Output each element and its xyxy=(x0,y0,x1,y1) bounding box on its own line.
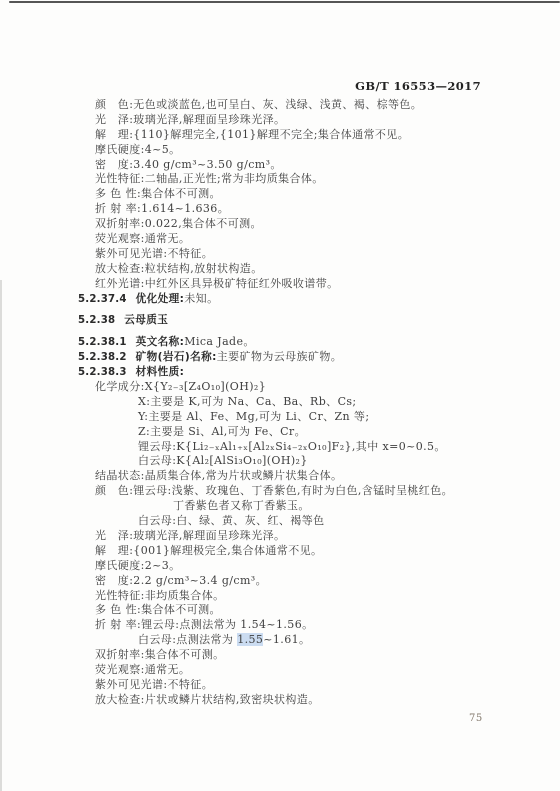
doc-line: 多 色 性:集合体不可测。 xyxy=(78,187,548,202)
clause-title-text: 优化处理: xyxy=(136,293,185,305)
doc-line: 折 射 率:1.614~1.636。 xyxy=(78,202,548,217)
doc-line: 解 理:{110}解理完全,{101}解理不完全;集合体通常不见。 xyxy=(78,128,548,143)
doc-text: ~1.61。 xyxy=(263,633,310,646)
doc-line: 白云母:白、绿、黄、灰、红、褐等色 xyxy=(78,514,548,529)
doc-line: Z:主要是 Si、Al,可为 Fe、Cr。 xyxy=(78,425,548,440)
doc-line: 双折射率:0.022,集合体不可测。 xyxy=(78,217,548,232)
doc-line: Y:主要是 Al、Fe、Mg,可为 Li、Cr、Zn 等; xyxy=(78,410,548,425)
standard-number-header: GB/T 16553—2017 xyxy=(355,79,481,93)
doc-line: 解 理:{001}解理极完全,集合体通常不见。 xyxy=(78,544,548,559)
clause-number: 5.2.38.1 xyxy=(78,337,127,348)
doc-text: 主要矿物为云母族矿物。 xyxy=(217,350,342,363)
clause-line: 5.2.38云母质玉 xyxy=(78,313,548,328)
doc-line: 多 色 性:集合体不可测。 xyxy=(78,603,548,618)
clause-title-text: 英文名称: xyxy=(136,336,185,348)
clause-line: 5.2.38.1英文名称:Mica Jade。 xyxy=(78,335,548,350)
doc-line: 密 度:3.40 g/cm³~3.50 g/cm³。 xyxy=(78,158,548,173)
doc-line: 摩氏硬度:2~3。 xyxy=(78,559,548,574)
doc-line: 折 射 率:锂云母:点测法常为 1.54~1.56。 xyxy=(78,618,548,633)
clause-number: 5.2.38 xyxy=(78,315,115,326)
doc-line: 荧光观察:通常无。 xyxy=(78,663,548,678)
clause-title-text: 矿物(岩石)名称: xyxy=(136,351,217,363)
doc-line: 放大检查:粒状结构,放射状构造。 xyxy=(78,262,548,277)
clause-line: 5.2.38.3材料性质: xyxy=(78,365,548,380)
doc-line: 丁香紫色者又称丁香紫玉。 xyxy=(78,499,548,514)
doc-line: 光性特征:二轴晶,正光性;常为非均质集合体。 xyxy=(78,172,548,187)
clause-title-text: 云母质玉 xyxy=(124,314,168,326)
doc-line: 光 泽:玻璃光泽,解理面呈珍珠光泽。 xyxy=(78,529,548,544)
doc-line: 红外光谱:中红外区具异极矿特征红外吸收谱带。 xyxy=(78,277,548,292)
doc-line: 紫外可见光谱:不特征。 xyxy=(78,678,548,693)
clause-number: 5.2.38.3 xyxy=(78,367,127,378)
doc-line: 紫外可见光谱:不特征。 xyxy=(78,247,548,262)
clause-line: 5.2.37.4优化处理:未知。 xyxy=(78,292,548,307)
doc-line: 荧光观察:通常无。 xyxy=(78,232,548,247)
doc-line: 白云母:K{Al₂[AlSi₃O₁₀](OH)₂} xyxy=(78,454,548,469)
doc-line: 光性特征:非均质集合体。 xyxy=(78,589,548,604)
clause-title-text: 材料性质: xyxy=(136,366,185,378)
doc-line: 结晶状态:晶质集合体,常为片状或鳞片状集合体。 xyxy=(78,469,548,484)
doc-text: Mica Jade。 xyxy=(184,335,255,348)
document-body: 颜 色:无色或淡蓝色,也可呈白、灰、浅绿、浅黄、褐、棕等色。光 泽:玻璃光泽,解… xyxy=(78,98,548,708)
clause-number: 5.2.38.2 xyxy=(78,352,127,363)
clause-number: 5.2.37.4 xyxy=(78,294,127,305)
doc-line: 摩氏硬度:4~5。 xyxy=(78,143,548,158)
doc-text: 白云母:点测法常为 xyxy=(138,633,237,646)
doc-line: 白云母:点测法常为 1.55~1.61。 xyxy=(78,633,548,648)
highlighted-value: 1.55 xyxy=(237,633,263,646)
doc-line: 颜 色:无色或淡蓝色,也可呈白、灰、浅绿、浅黄、褐、棕等色。 xyxy=(78,98,548,113)
scan-top-edge xyxy=(9,1,560,3)
doc-line: 化学成分:X{Y₂₋₃[Z₄O₁₀](OH)₂} xyxy=(78,380,548,395)
doc-line: 放大检查:片状或鳞片状结构,致密块状构造。 xyxy=(78,693,548,708)
scan-left-edge xyxy=(0,280,2,791)
page-number: 75 xyxy=(469,713,483,724)
doc-line: 颜 色:锂云母:浅紫、玫瑰色、丁香紫色,有时为白色,含锰时呈桃红色。 xyxy=(78,484,548,499)
doc-line: 光 泽:玻璃光泽,解理面呈珍珠光泽。 xyxy=(78,113,548,128)
clause-line: 5.2.38.2矿物(岩石)名称:主要矿物为云母族矿物。 xyxy=(78,350,548,365)
doc-line: 双折射率:集合体不可测。 xyxy=(78,648,548,663)
doc-line: 密 度:2.2 g/cm³~3.4 g/cm³。 xyxy=(78,574,548,589)
doc-line: 锂云母:K{Li₂₋ₓAl₁₊ₓ[Al₂ₓSi₄₋₂ₓO₁₀]F₂},其中 x=… xyxy=(78,440,548,455)
doc-text: 未知。 xyxy=(184,292,218,305)
doc-line: X:主要是 K,可为 Na、Ca、Ba、Rb、Cs; xyxy=(78,395,548,410)
